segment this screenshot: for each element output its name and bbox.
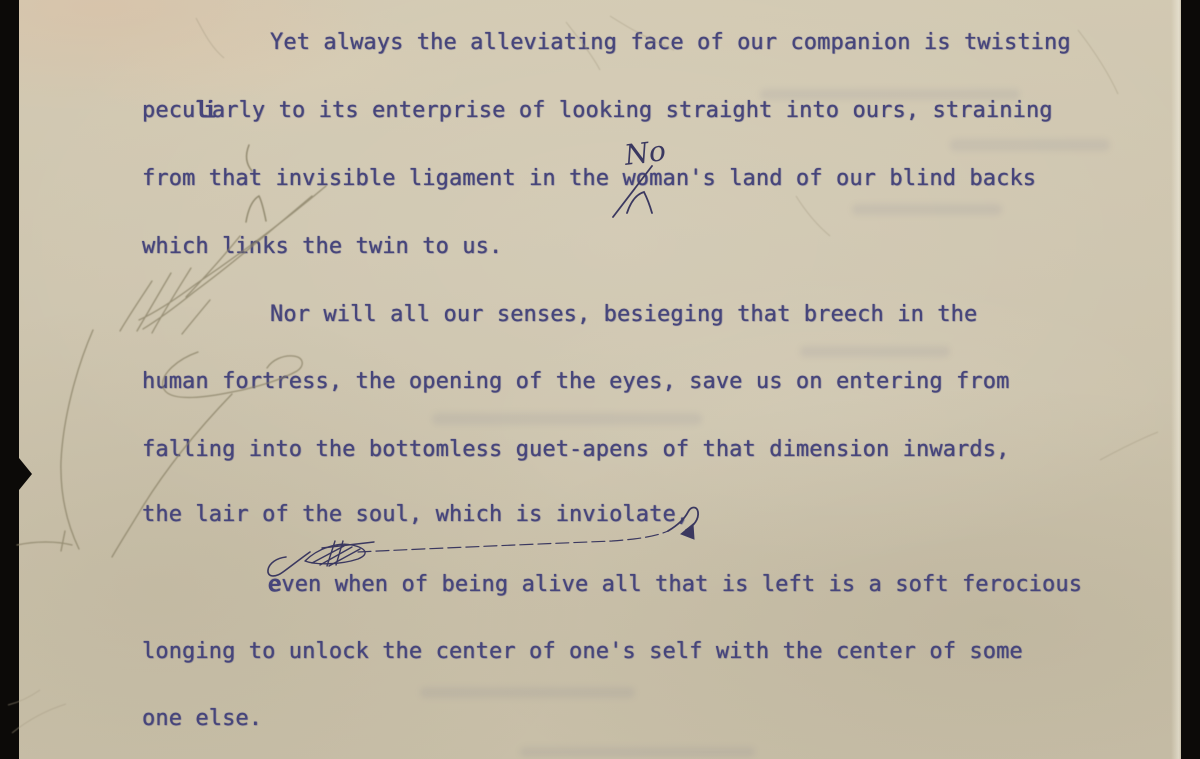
typed-line-2-segment-a: pecu [142,98,195,123]
typed-line-6: human fortress, the opening of the eyes,… [142,371,1009,393]
typed-line-3-segment-c: man's land of our blind backs [649,166,1036,191]
typed-line-8-text: the lair of the soul, which is inviolate… [142,502,689,527]
ink-ghost-smudge [520,747,755,757]
typed-line-9: even when of being alive all that is lef… [268,574,1082,596]
typed-line-4: which links the twin to us. [142,236,502,258]
typed-line-2-overstruck-letters: li [195,98,212,123]
typed-line-9-segment-b: ven when of being alive all that is left… [281,572,1082,597]
typed-line-6-text: human fortress, the opening of the eyes,… [142,369,1009,394]
typed-line-1: Yet always the alleviating face of our c… [270,32,1071,54]
typed-line-7-text: falling into the bottomless guet-apens o… [142,437,1009,462]
typed-line-2-segment-c: arly to its enterprise of looking straig… [212,98,1053,123]
typed-line-4-text: which links the twin to us. [142,234,502,259]
paper-edge-highlight [1171,0,1181,759]
typed-line-3-struck-letters: wo [622,166,649,191]
typed-line-3: from that invisible ligament in the woma… [142,168,1036,190]
typed-line-5: Nor will all our senses, besieging that … [270,304,977,326]
typed-line-11-text: one else. [142,706,262,731]
typed-line-8: the lair of the soul, which is inviolate… [142,504,689,526]
ink-ghost-smudge [432,413,702,425]
ink-ghost-smudge [852,204,1002,215]
typed-line-7: falling into the bottomless guet-apens o… [142,439,1009,461]
scan-edge-left-notch [19,458,32,490]
typed-line-1-text: Yet always the alleviating face of our c… [270,30,1071,55]
typed-line-10: longing to unlock the center of one's se… [142,641,1023,663]
typed-line-2: peculiarly to its enterprise of looking … [142,100,1053,122]
typed-line-10-text: longing to unlock the center of one's se… [142,639,1023,664]
typed-line-5-text: Nor will all our senses, besieging that … [270,302,977,327]
typed-line-11: one else. [142,708,262,730]
typed-line-3-segment-a: from that invisible ligament in the [142,166,622,191]
ink-ghost-smudge [800,346,950,357]
ink-ghost-smudge [950,139,1110,151]
typed-line-9-overstruck-letter: e [268,572,281,597]
ink-ghost-smudge [420,687,635,698]
manuscript-scan: Yet always the alleviating face of our c… [0,0,1200,759]
